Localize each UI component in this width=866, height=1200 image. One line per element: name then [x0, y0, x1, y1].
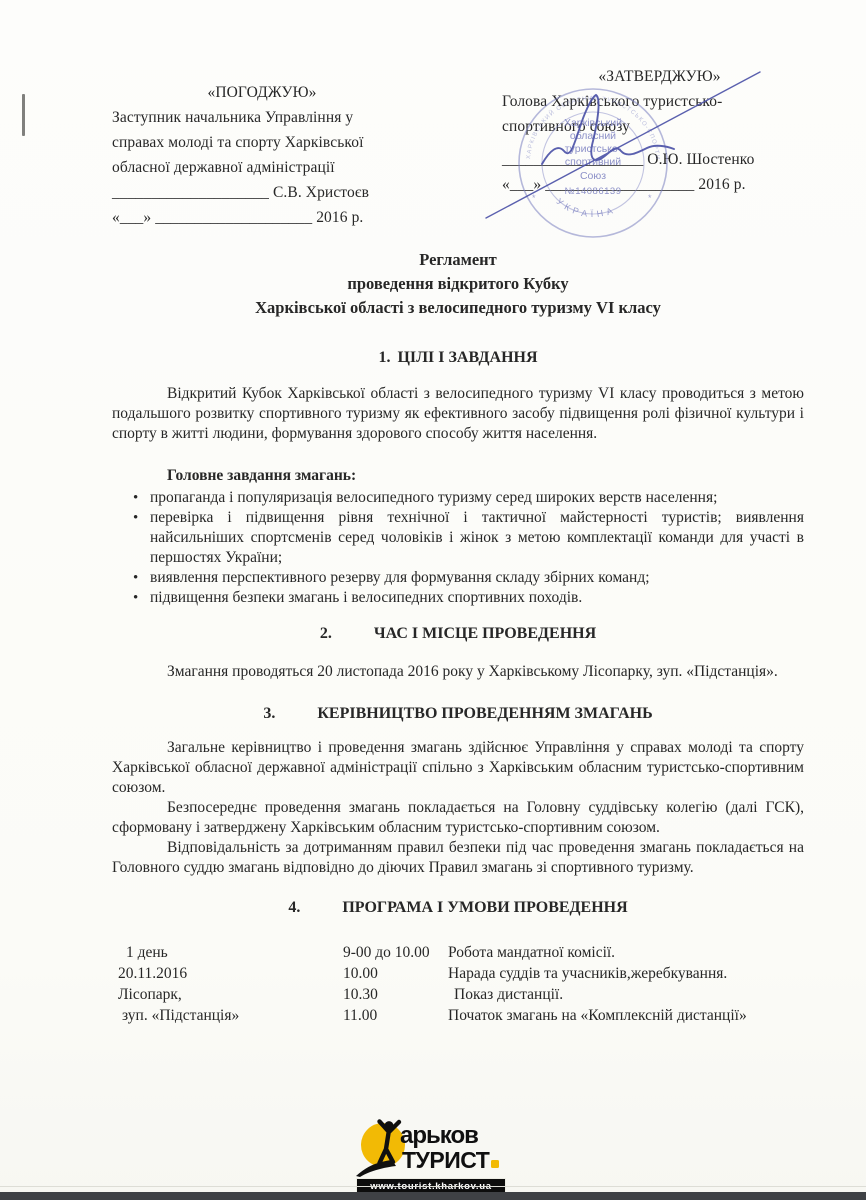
schedule-row: 1 день 9-00 до 10.00 Робота мандатної ко…	[112, 942, 804, 963]
document-title-line-3: Харківської області з велосипедного тури…	[112, 296, 804, 320]
document-title-line-2: проведення відкритого Кубку	[112, 272, 804, 296]
approve-right-title: «ЗАТВЕРДЖУЮ»	[502, 64, 817, 89]
section-2-paragraph: Змагання проводяться 20 листопада 2016 р…	[112, 662, 804, 682]
scanned-page: «ПОГОДЖУЮ» Заступник начальника Управлін…	[0, 0, 866, 1200]
schedule-event: Початок змагань на «Комплексній дистанці…	[448, 1005, 804, 1026]
logo-word-2: ТУРИСТ	[402, 1147, 490, 1173]
approval-block-right: «ЗАТВЕРДЖУЮ» Голова Харківського туристс…	[502, 64, 817, 197]
section-1-heading: 1. ЦІЛІ І ЗАВДАННЯ	[112, 348, 804, 368]
schedule-day: 1 день	[112, 942, 343, 963]
section-3-heading: 3. КЕРІВНИЦТВО ПРОВЕДЕННЯМ ЗМАГАНЬ	[112, 704, 804, 724]
section-1-label: ЦІЛІ І ЗАВДАННЯ	[397, 348, 537, 368]
schedule-time: 10.00	[343, 963, 448, 984]
approve-right-line-2: спортивного союзу	[502, 114, 817, 139]
document-title: Регламент проведення відкритого Кубку Ха…	[112, 248, 804, 320]
section-2-number: 2.	[320, 624, 332, 644]
schedule-row: зуп. «Підстанція» 11.00 Початок змагань …	[112, 1005, 804, 1026]
schedule-event: Нарада суддів та учасників,жеребкування.	[448, 963, 804, 984]
approve-left-line-1: Заступник начальника Управління у	[112, 105, 412, 130]
section-3-number: 3.	[263, 704, 275, 724]
tasks-list: пропаганда і популяризація велосипедного…	[112, 488, 804, 608]
scan-artifact-mark	[22, 94, 25, 136]
section-3-label: КЕРІВНИЦТВО ПРОВЕДЕННЯМ ЗМАГАНЬ	[317, 704, 652, 724]
document-body: Регламент проведення відкритого Кубку Ха…	[112, 248, 804, 1026]
section-3-paragraph-1: Загальне керівництво і проведення змаган…	[112, 738, 804, 798]
scan-bottom-bar	[0, 1192, 866, 1200]
tasks-heading: Головне завдання змагань:	[112, 466, 804, 486]
approve-right-date-line: «___» ___________________ 2016 р.	[502, 172, 817, 197]
approval-block-left: «ПОГОДЖУЮ» Заступник начальника Управлін…	[112, 80, 412, 230]
schedule-event: Робота мандатної комісії.	[448, 942, 804, 963]
section-1-number: 1.	[378, 348, 390, 368]
task-item: виявлення перспективного резерву для фор…	[150, 568, 804, 588]
task-item: підвищення безпеки змагань і велосипедни…	[150, 588, 804, 608]
schedule-day: зуп. «Підстанція»	[112, 1005, 343, 1026]
section-4-heading: 4. ПРОГРАМА І УМОВИ ПРОВЕДЕННЯ	[112, 898, 804, 918]
approve-left-signature-line: ____________________ С.В. Христоєв	[112, 180, 412, 205]
schedule-table: 1 день 9-00 до 10.00 Робота мандатної ко…	[112, 942, 804, 1026]
section-3-paragraph-3: Відповідальність за дотриманням правил б…	[112, 838, 804, 878]
schedule-row: 20.11.2016 10.00 Нарада суддів та учасни…	[112, 963, 804, 984]
section-1-paragraph: Відкритий Кубок Харківської області з ве…	[112, 384, 804, 444]
logo-dot	[491, 1160, 499, 1168]
schedule-day: Лісопарк,	[112, 984, 343, 1005]
section-4-number: 4.	[288, 898, 300, 918]
task-item: пропаганда і популяризація велосипедного…	[150, 488, 804, 508]
kharkov-tourist-logo: арьков ТУРИСТ www.tourist.kharkov.ua	[356, 1119, 506, 1196]
approve-left-line-2: справах молоді та спорту Харківської	[112, 130, 412, 155]
document-title-line-1: Регламент	[112, 248, 804, 272]
schedule-time: 9-00 до 10.00	[343, 942, 448, 963]
approve-left-date-line: «___» ____________________ 2016 р.	[112, 205, 412, 230]
approve-right-signature-line: __________________ О.Ю. Шостенко	[502, 147, 817, 172]
schedule-row: Лісопарк, 10.30 Показ дистанції.	[112, 984, 804, 1005]
logo-word-1: арьков	[400, 1122, 478, 1149]
task-item: перевірка і підвищення рівня технічної і…	[150, 508, 804, 568]
section-2-label: ЧАС І МІСЦЕ ПРОВЕДЕННЯ	[374, 624, 596, 644]
schedule-time: 10.30	[343, 984, 448, 1005]
approve-left-line-3: обласної державної адміністрації	[112, 155, 412, 180]
section-4-label: ПРОГРАМА І УМОВИ ПРОВЕДЕННЯ	[342, 898, 627, 918]
section-2-heading: 2. ЧАС І МІСЦЕ ПРОВЕДЕННЯ	[112, 624, 804, 644]
section-3-paragraph-2: Безпосереднє проведення змагань покладає…	[112, 798, 804, 838]
schedule-time: 11.00	[343, 1005, 448, 1026]
approve-left-title: «ПОГОДЖУЮ»	[112, 80, 412, 105]
page-edge-line	[0, 1186, 866, 1187]
stamp-ring-bottom-text: УКРАЇНА	[555, 196, 618, 219]
schedule-day: 20.11.2016	[112, 963, 343, 984]
approve-right-line-1: Голова Харківського туристсько-	[502, 89, 817, 114]
svg-text:УКРАЇНА: УКРАЇНА	[555, 196, 618, 219]
schedule-event: Показ дистанції.	[448, 984, 804, 1005]
